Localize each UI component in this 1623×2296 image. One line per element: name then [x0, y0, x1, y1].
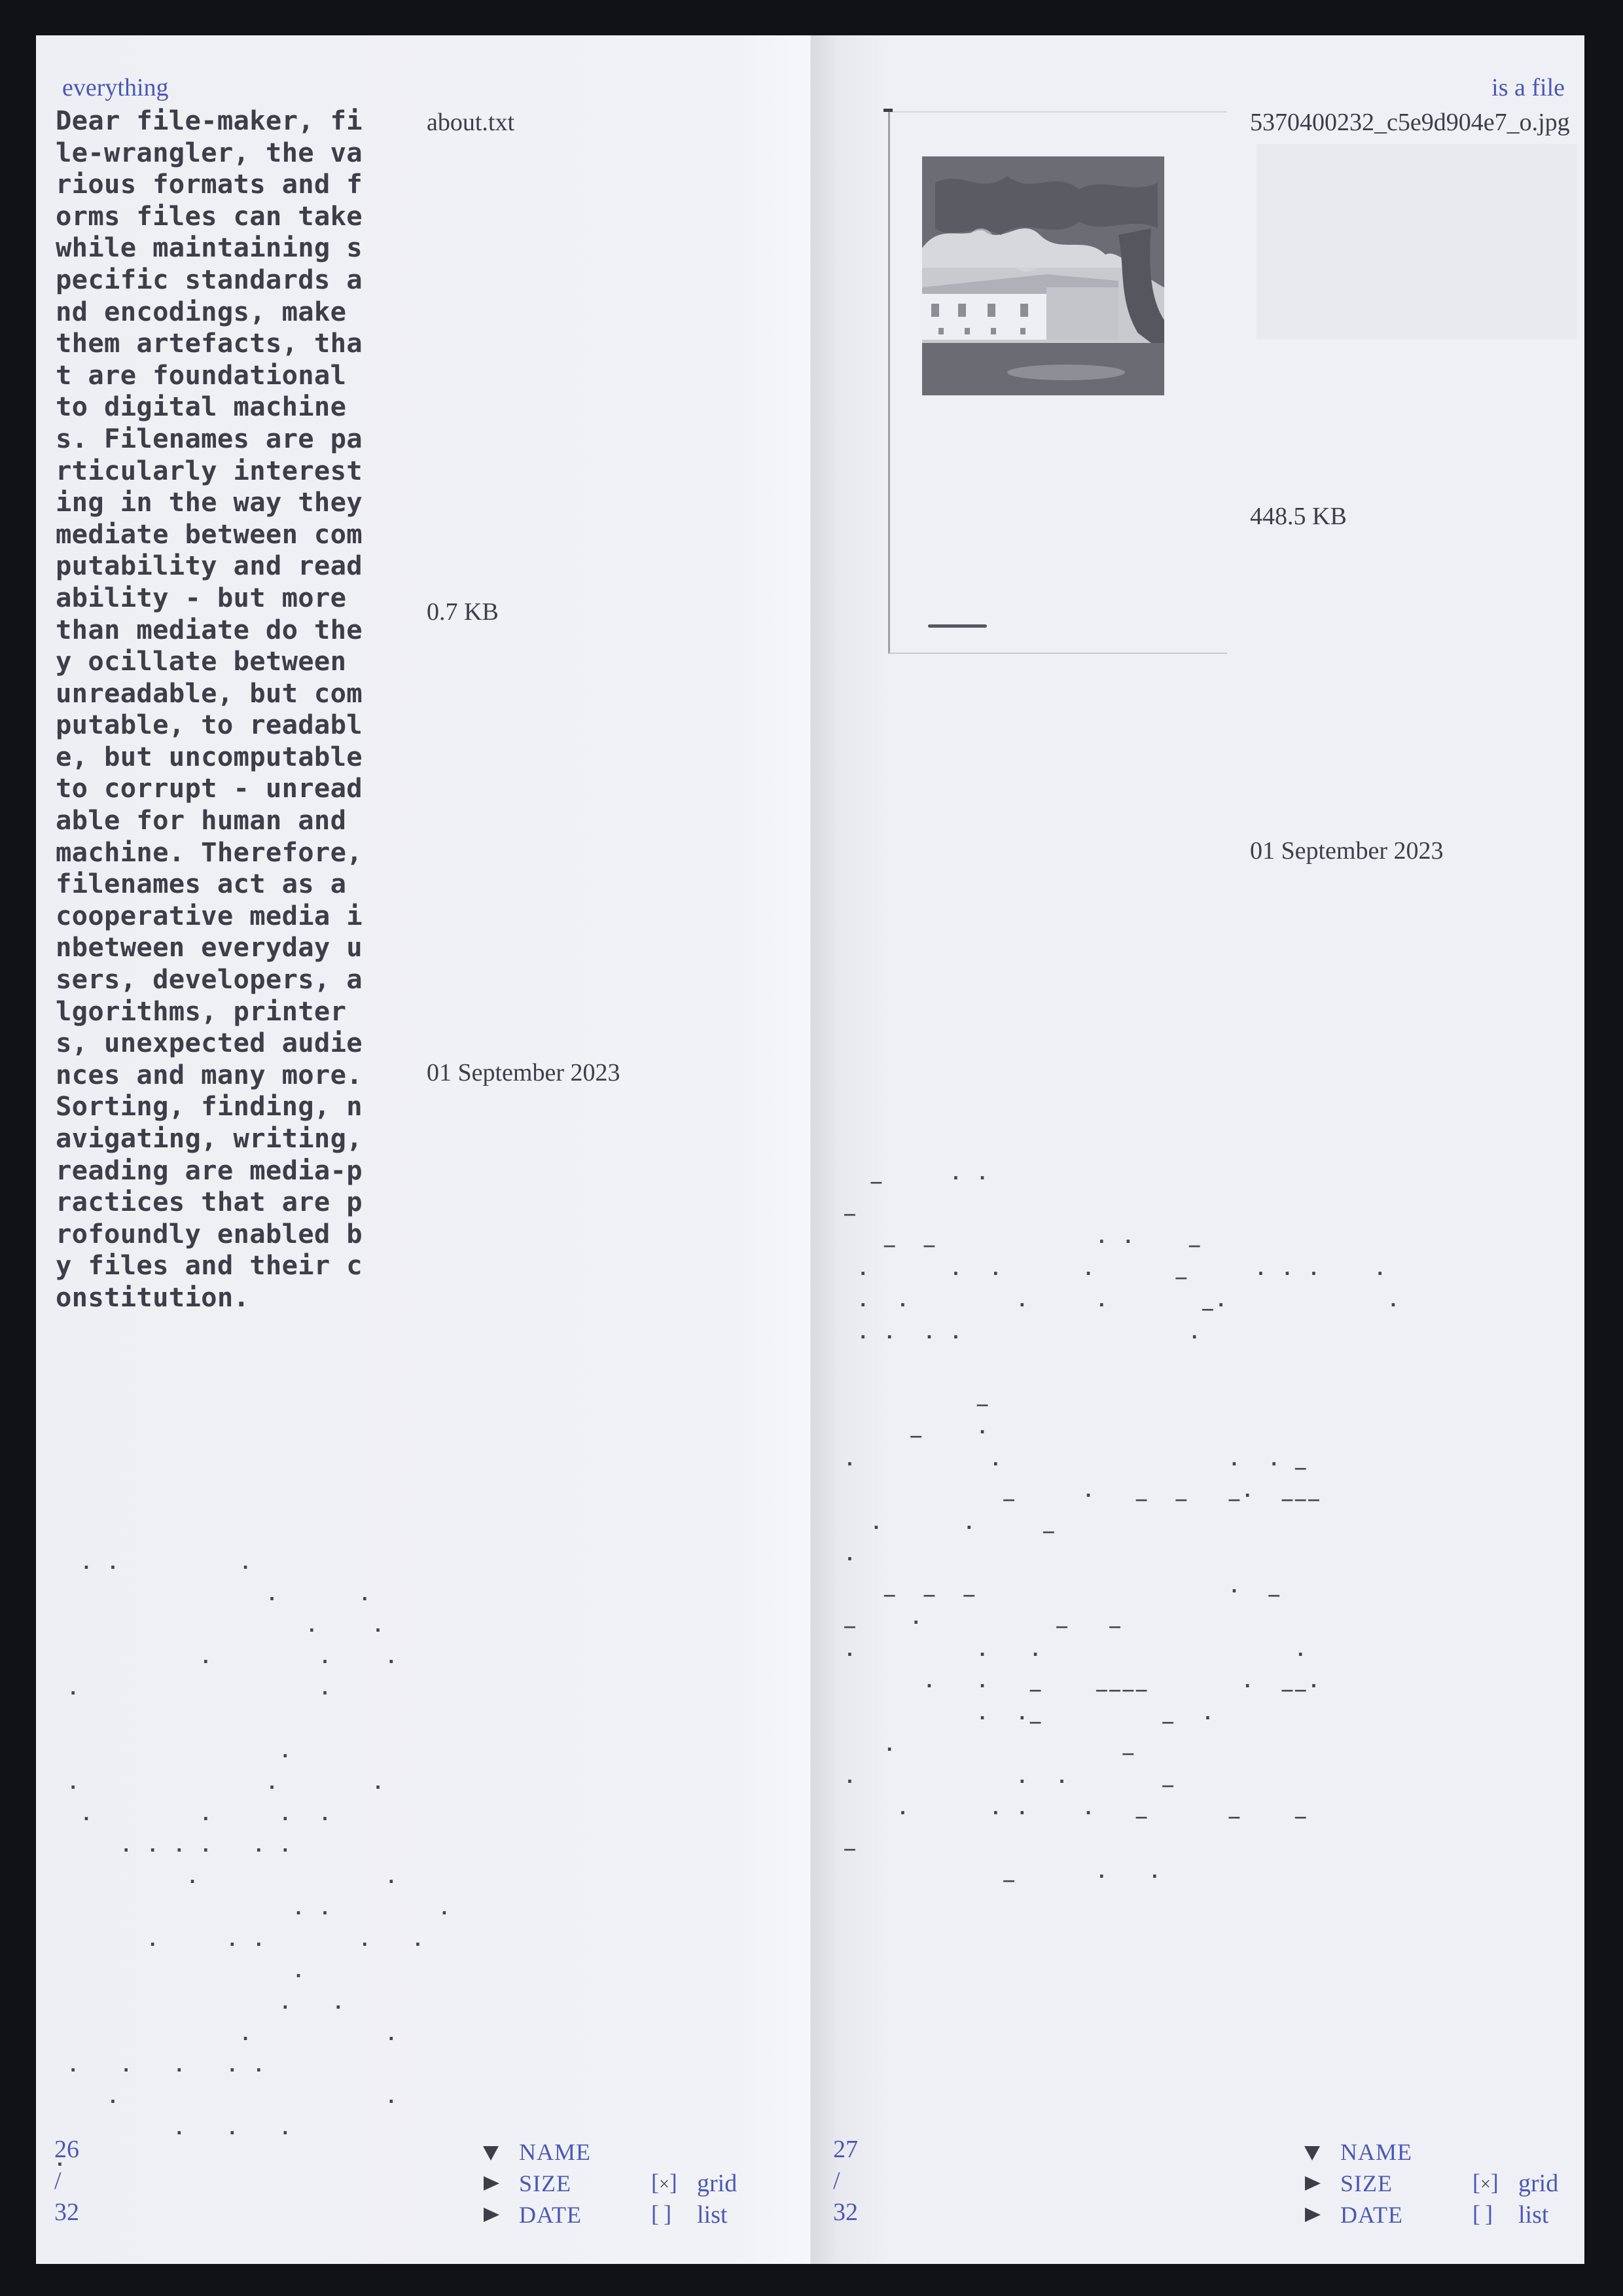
- view-controls-right: [×] grid [ ] list: [1472, 2168, 1558, 2231]
- checkbox-unchecked[interactable]: [ ]: [651, 2198, 687, 2232]
- photo-house-tree-icon: [922, 156, 1164, 395]
- page-number-right: 27 / 32: [833, 2134, 858, 2228]
- file-size: 448.5 KB: [1250, 501, 1347, 531]
- running-header-left: everything: [62, 73, 169, 102]
- sort-by-date[interactable]: DATE: [481, 2199, 591, 2231]
- page-separator: /: [833, 2165, 858, 2197]
- view-grid-option[interactable]: [×] grid: [651, 2168, 737, 2199]
- view-grid-option[interactable]: [×] grid: [1472, 2168, 1558, 2199]
- page-current: 26: [54, 2134, 79, 2165]
- sort-controls-right: NAME SIZE DATE: [1302, 2136, 1412, 2231]
- show-through-shadow: [1257, 144, 1577, 339]
- page-total: 32: [54, 2197, 79, 2228]
- view-list-option[interactable]: [ ] list: [651, 2199, 737, 2231]
- sort-controls-left: NAME SIZE DATE: [481, 2136, 591, 2231]
- frame-mark: [928, 624, 987, 628]
- view-controls-left: [×] grid [ ] list: [651, 2168, 737, 2231]
- running-header-right: is a file: [1491, 73, 1565, 102]
- file-name[interactable]: about.txt: [427, 107, 514, 137]
- checkbox-checked[interactable]: [×]: [1472, 2166, 1508, 2200]
- book-spread: everything Dear file-maker, fi le-wrangl…: [36, 35, 1584, 2264]
- page-total: 32: [833, 2197, 858, 2228]
- sort-by-size[interactable]: SIZE: [1302, 2168, 1412, 2199]
- page-current: 27: [833, 2134, 858, 2165]
- sort-by-name[interactable]: NAME: [481, 2136, 591, 2168]
- view-list-option[interactable]: [ ] list: [1472, 2199, 1558, 2231]
- checkbox-checked[interactable]: [×]: [651, 2166, 687, 2200]
- triangle-down-icon: [1302, 2142, 1322, 2162]
- sort-by-size[interactable]: SIZE: [481, 2168, 591, 2199]
- page-separator: /: [54, 2165, 79, 2197]
- sort-by-date[interactable]: DATE: [1302, 2199, 1412, 2231]
- ascii-art-dashes: _ . . _ _ _ . . _ . . . . _ . . . . . . …: [844, 1158, 1401, 1888]
- triangle-down-icon: [481, 2142, 501, 2162]
- file-date: 01 September 2023: [1250, 836, 1444, 866]
- right-page: is a file: [811, 35, 1584, 2264]
- file-date: 01 September 2023: [427, 1058, 620, 1088]
- page-number-left: 26 / 32: [54, 2134, 79, 2228]
- triangle-right-icon: [1302, 2174, 1322, 2193]
- triangle-right-icon: [481, 2205, 501, 2225]
- file-name[interactable]: 5370400232_c5e9d904e7_o.jpg: [1250, 107, 1577, 137]
- triangle-right-icon: [481, 2174, 501, 2193]
- essay-text: Dear file-maker, fi le-wrangler, the va …: [56, 105, 422, 1314]
- frame-mark: [883, 109, 893, 112]
- sort-by-name[interactable]: NAME: [1302, 2136, 1412, 2168]
- image-thumbnail[interactable]: [922, 156, 1164, 395]
- file-size: 0.7 KB: [427, 597, 499, 627]
- left-page: everything Dear file-maker, fi le-wrangl…: [36, 35, 811, 2264]
- ascii-art-dots: . . . . . . . . . . . . . .: [54, 1547, 452, 2176]
- checkbox-unchecked[interactable]: [ ]: [1472, 2198, 1508, 2232]
- triangle-right-icon: [1302, 2205, 1322, 2225]
